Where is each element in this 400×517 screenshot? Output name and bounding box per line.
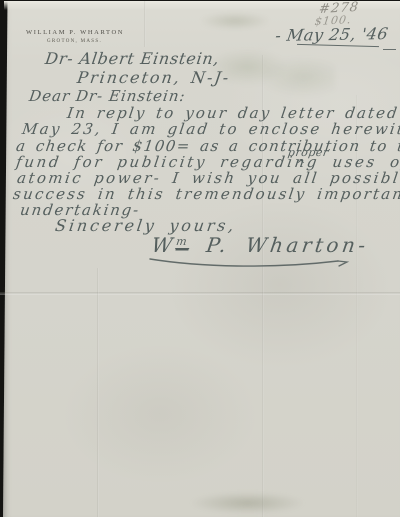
letter-date: - May 25, '46 <box>274 24 390 45</box>
body-line-2: May 23, I am glad to enclose herewith <box>21 120 400 138</box>
scanned-letter: WILLIAM P. WHARTON GROTON, MASS. #278 $1… <box>0 0 400 517</box>
letterhead-name: WILLIAM P. WHARTON <box>26 29 124 36</box>
letterhead-location: GROTON, MASS. <box>47 39 102 44</box>
inserted-word: proper <box>287 146 330 159</box>
recipient-name-line: Dr- Albert Einstein, <box>44 49 221 68</box>
salutation: Dear Dr- Einstein: <box>28 87 187 105</box>
signature-flourish <box>140 250 358 274</box>
date-trailing-dash <box>383 49 396 50</box>
recipient-address-line: Princeton, N-J- <box>76 68 232 87</box>
